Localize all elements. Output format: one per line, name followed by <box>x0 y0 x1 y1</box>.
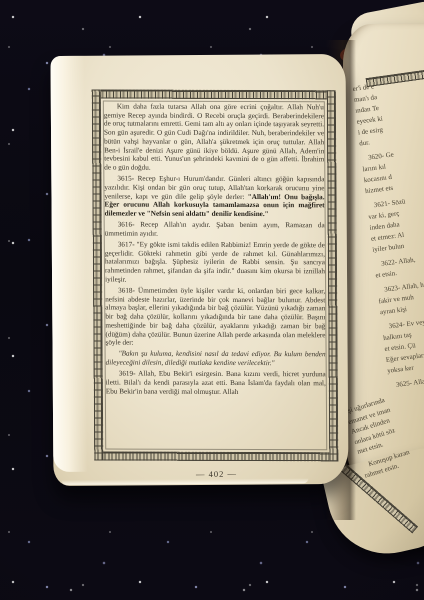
ornamental-border-right <box>327 90 339 461</box>
book-photo: er'i de eman'ı daından Teeyecek kii de e… <box>0 0 424 600</box>
book-left-page: Kim daha fazla tutarsa Allah ona göre ec… <box>51 54 349 486</box>
paragraph: 3616- Recep Allah'ın ayıdır. Şaban benim… <box>105 221 325 239</box>
ornamental-border-left <box>92 89 104 460</box>
ornamental-border-top <box>92 89 336 99</box>
paragraph: "Bakın şu kuluma, kendisini nasıl da ted… <box>106 350 326 368</box>
ornamental-border-bottom <box>94 451 338 461</box>
ornamental-border-frame: Kim daha fazla tutarsa Allah ona göre ec… <box>92 89 339 461</box>
paragraph: 3615- Recep Eşhur-ı Hurum'dandır. Günler… <box>104 175 324 219</box>
paragraph: 3619- Allah, Ebu Bekir'i esirgesin. Bana… <box>106 370 326 397</box>
paragraph: 3617- "Ey gökte ismi takdis edilen Rabbi… <box>105 241 325 285</box>
paragraph: 3618- Ümmetimden öyle kişiler vardır ki,… <box>105 287 325 349</box>
page-number: — 402 — <box>94 468 338 480</box>
page-text: Kim daha fazla tutarsa Allah ona göre ec… <box>104 103 326 450</box>
paragraph: Kim daha fazla tutarsa Allah ona göre ec… <box>104 103 324 173</box>
